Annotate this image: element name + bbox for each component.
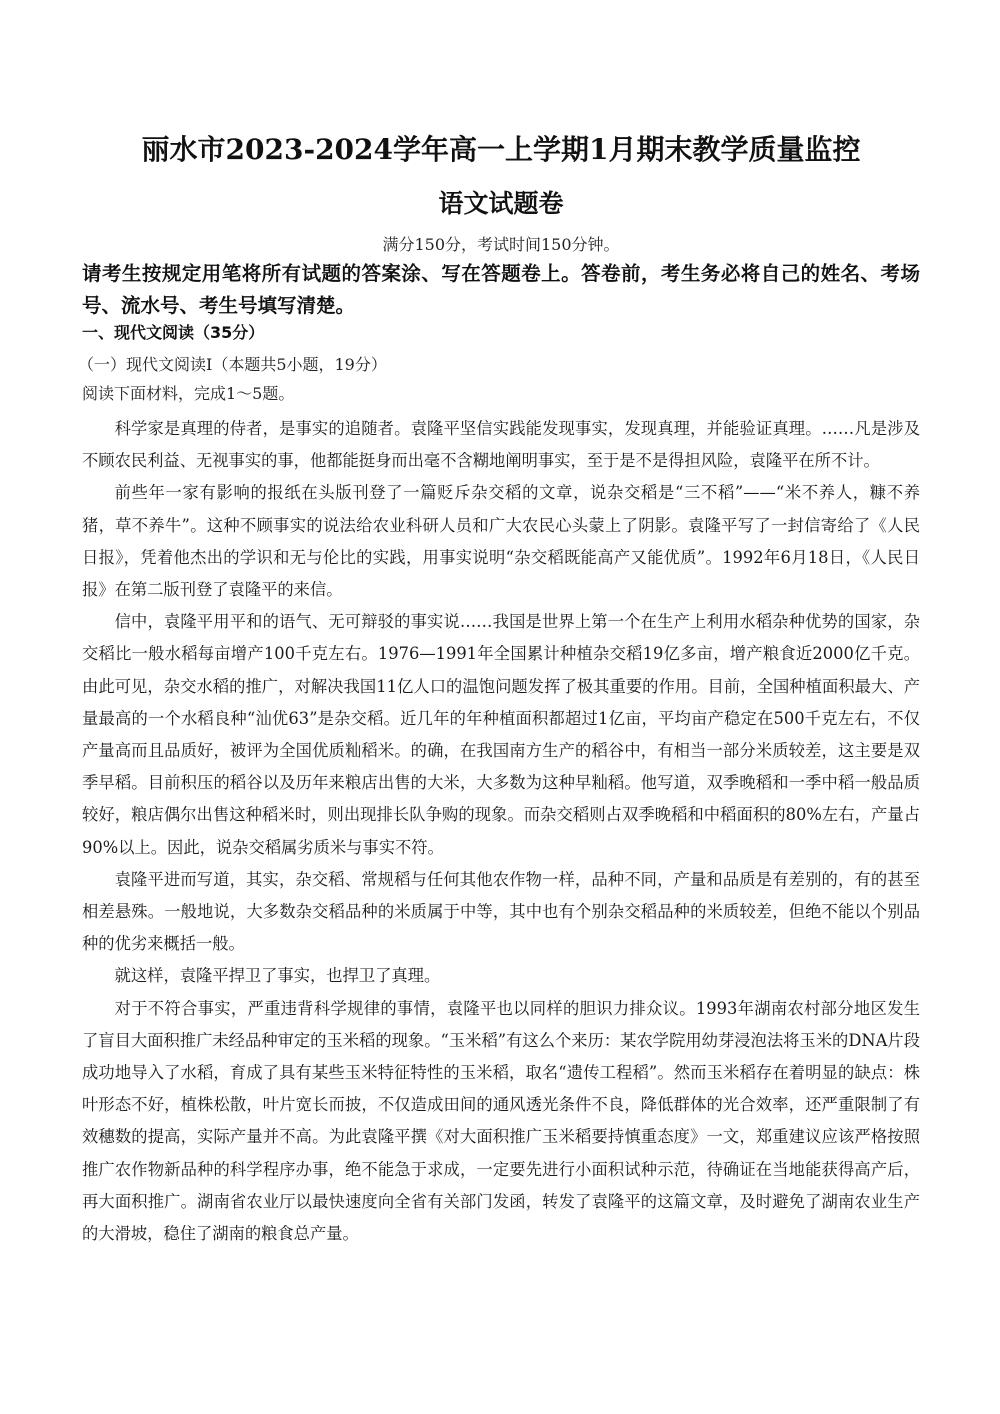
exam-subtitle: 语文试题卷 xyxy=(82,184,920,220)
passage-body: 科学家是真理的侍者，是事实的追随者。袁隆平坚信实践能发现事实，发现真理，并能验证… xyxy=(82,413,920,1250)
subsection-heading: （一）现代文阅读I（本题共5小题，19分） xyxy=(78,354,387,376)
passage-paragraph: 前些年一家有影响的报纸在头版刊登了一篇贬斥杂交稻的文章，说杂交稻是“三不稻”——… xyxy=(82,477,920,606)
passage-paragraph: 科学家是真理的侍者，是事实的追随者。袁隆平坚信实践能发现事实，发现真理，并能验证… xyxy=(82,413,920,477)
reading-instruction: 阅读下面材料，完成1～5题。 xyxy=(82,383,294,405)
passage-paragraph: 信中，袁隆平用平和的语气、无可辩驳的事实说……我国是世界上第一个在生产上利用水稻… xyxy=(82,606,920,864)
exam-meta: 满分150分，考试时间150分钟。 xyxy=(82,232,920,255)
passage-paragraph: 就这样，袁隆平捍卫了事实，也捍卫了真理。 xyxy=(82,960,920,992)
exam-notice: 请考生按规定用笔将所有试题的答案涂、写在答题卷上。答卷前，考生务必将自己的姓名、… xyxy=(82,258,920,322)
passage-paragraph: 袁隆平进而写道，其实，杂交稻、常规稻与任何其他农作物一样，品种不同，产量和品质是… xyxy=(82,864,920,961)
section-heading: 一、现代文阅读（35分） xyxy=(82,322,264,344)
passage-paragraph: 对于不符合事实，严重违背科学规律的事情，袁隆平也以同样的胆识力排众议。1993年… xyxy=(82,993,920,1251)
exam-title: 丽水市2023-2024学年高一上学期1月期末教学质量监控 xyxy=(82,128,920,168)
